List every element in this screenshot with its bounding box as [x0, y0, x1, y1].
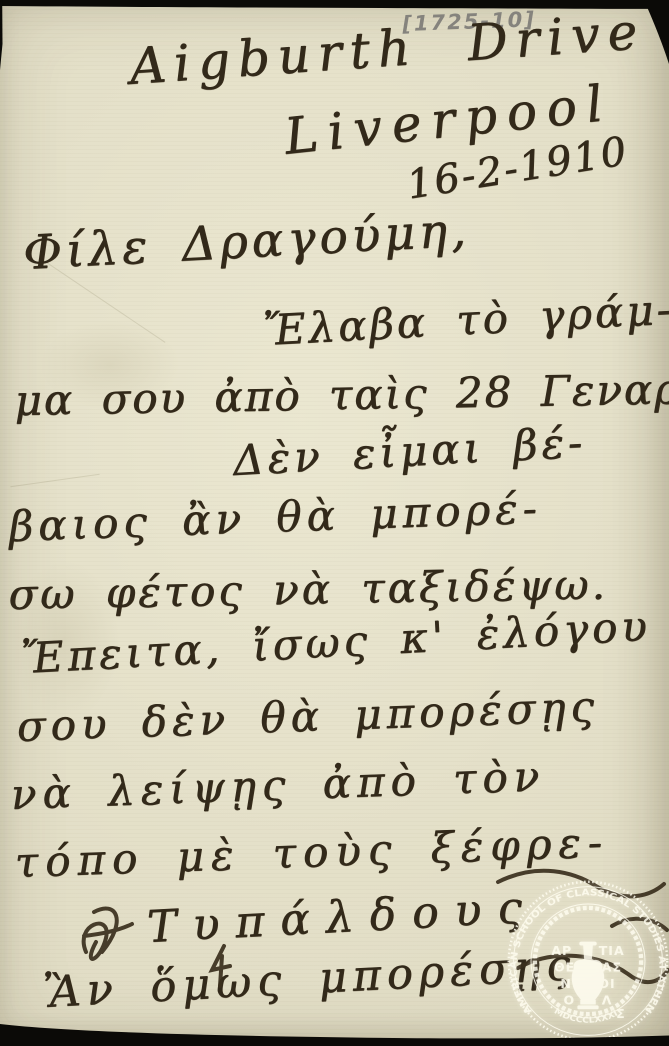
letter-line: μα σου ἀπὸ ταὶς 28 Γεναρη.: [14, 368, 669, 422]
scanned-letter-page: [1725-10] Aigburth Drive Liverpool 16-2-…: [0, 0, 669, 1046]
